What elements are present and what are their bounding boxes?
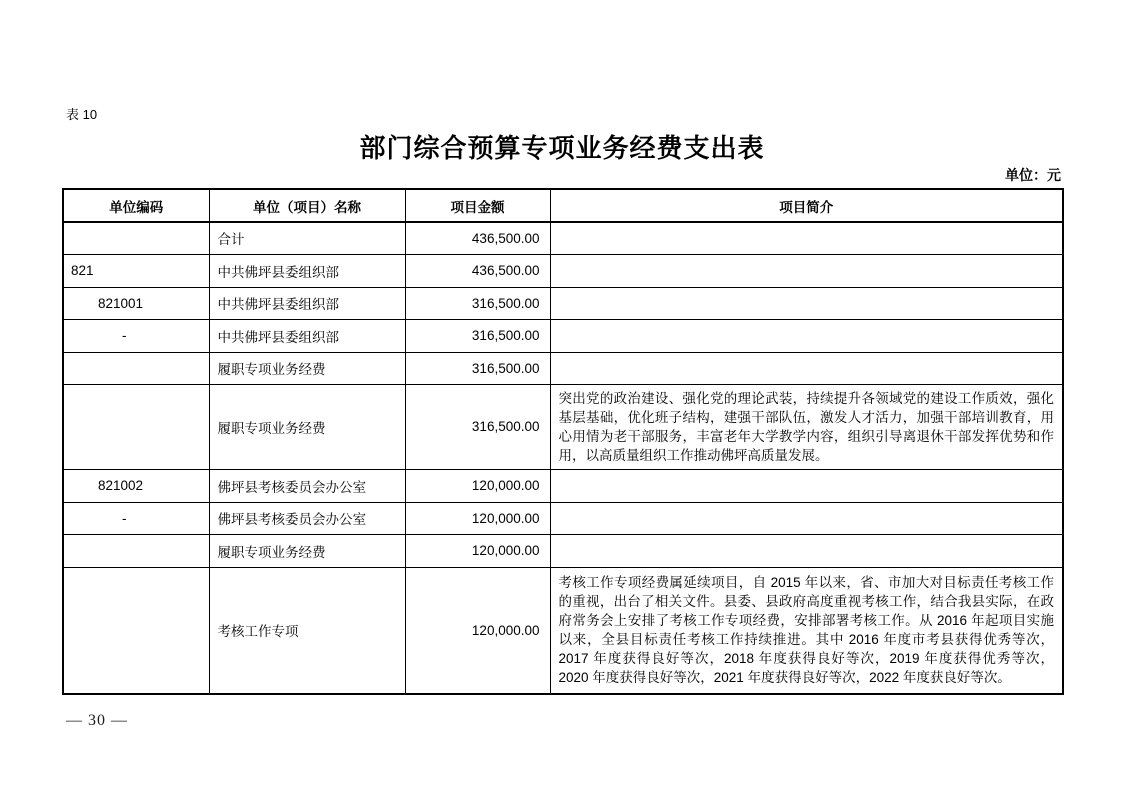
table-row: 合计 436,500.00 bbox=[63, 222, 1063, 254]
amount-cell: 120,000.00 bbox=[405, 534, 550, 567]
description-cell bbox=[550, 254, 1063, 287]
unit-code-cell bbox=[63, 567, 209, 694]
description-cell bbox=[550, 222, 1063, 254]
amount-cell: 120,000.00 bbox=[405, 469, 550, 502]
unit-name-cell: 合计 bbox=[209, 222, 405, 254]
header-amount: 项目金额 bbox=[405, 189, 550, 222]
unit-name-cell: 佛坪县考核委员会办公室 bbox=[209, 502, 405, 534]
unit-code-cell: - bbox=[63, 502, 209, 534]
description-cell: 考核工作专项经费属延续项目，自 2015 年以来，省、市加大对目标责任考核工作的… bbox=[550, 567, 1063, 694]
unit-code-cell: 821 bbox=[63, 254, 209, 287]
amount-cell: 436,500.00 bbox=[405, 222, 550, 254]
currency-unit-label: 单位：元 bbox=[1005, 167, 1061, 183]
description-cell: 突出党的政治建设、强化党的理论武装，持续提升各领域党的建设工作质效，强化基层基础… bbox=[550, 384, 1063, 469]
page-number: — 30 — bbox=[66, 712, 128, 730]
description-cell bbox=[550, 319, 1063, 352]
unit-name-cell: 中共佛坪县委组织部 bbox=[209, 319, 405, 352]
unit-code-cell bbox=[63, 384, 209, 469]
amount-cell: 436,500.00 bbox=[405, 254, 550, 287]
table-row: 821002 佛坪县考核委员会办公室 120,000.00 bbox=[63, 469, 1063, 502]
unit-code-cell bbox=[63, 222, 209, 254]
unit-name-cell: 佛坪县考核委员会办公室 bbox=[209, 469, 405, 502]
description-cell bbox=[550, 534, 1063, 567]
unit-name-cell: 履职专项业务经费 bbox=[209, 352, 405, 384]
unit-name-cell: 中共佛坪县委组织部 bbox=[209, 254, 405, 287]
amount-cell: 316,500.00 bbox=[405, 384, 550, 469]
description-cell bbox=[550, 352, 1063, 384]
amount-cell: 316,500.00 bbox=[405, 287, 550, 319]
amount-cell: 120,000.00 bbox=[405, 567, 550, 694]
description-cell bbox=[550, 469, 1063, 502]
header-unit-code: 单位编码 bbox=[63, 189, 209, 222]
table-row: 821 中共佛坪县委组织部 436,500.00 bbox=[63, 254, 1063, 287]
document-page: 表 10 部门综合预算专项业务经费支出表 单位：元 单位编码 单位（项目）名称 … bbox=[0, 0, 1121, 792]
table-header-row: 单位编码 单位（项目）名称 项目金额 项目简介 bbox=[63, 189, 1063, 222]
header-unit-name: 单位（项目）名称 bbox=[209, 189, 405, 222]
table-row: - 佛坪县考核委员会办公室 120,000.00 bbox=[63, 502, 1063, 534]
unit-label-container: 单位：元 bbox=[62, 165, 1061, 185]
budget-table: 单位编码 单位（项目）名称 项目金额 项目简介 合计 436,500.00 82… bbox=[62, 188, 1064, 695]
table-row: 821001 中共佛坪县委组织部 316,500.00 bbox=[63, 287, 1063, 319]
unit-name-cell: 履职专项业务经费 bbox=[209, 534, 405, 567]
header-description: 项目简介 bbox=[550, 189, 1063, 222]
unit-name-cell: 考核工作专项 bbox=[209, 567, 405, 694]
unit-name-cell: 履职专项业务经费 bbox=[209, 384, 405, 469]
unit-code-cell: 821001 bbox=[63, 287, 209, 319]
amount-cell: 120,000.00 bbox=[405, 502, 550, 534]
unit-code-cell: 821002 bbox=[63, 469, 209, 502]
unit-code-cell bbox=[63, 534, 209, 567]
amount-cell: 316,500.00 bbox=[405, 352, 550, 384]
unit-code-cell: - bbox=[63, 319, 209, 352]
unit-name-cell: 中共佛坪县委组织部 bbox=[209, 287, 405, 319]
description-cell bbox=[550, 287, 1063, 319]
table-row: 履职专项业务经费 120,000.00 bbox=[63, 534, 1063, 567]
table-number-label: 表 10 bbox=[66, 104, 97, 123]
title-container: 部门综合预算专项业务经费支出表 bbox=[62, 128, 1062, 165]
table-row: 履职专项业务经费 316,500.00 bbox=[63, 352, 1063, 384]
unit-code-cell bbox=[63, 352, 209, 384]
table-row: 履职专项业务经费 316,500.00 突出党的政治建设、强化党的理论武装，持续… bbox=[63, 384, 1063, 469]
table-row: - 中共佛坪县委组织部 316,500.00 bbox=[63, 319, 1063, 352]
description-cell bbox=[550, 502, 1063, 534]
page-title: 部门综合预算专项业务经费支出表 bbox=[359, 133, 764, 163]
amount-cell: 316,500.00 bbox=[405, 319, 550, 352]
table-row: 考核工作专项 120,000.00 考核工作专项经费属延续项目，自 2015 年… bbox=[63, 567, 1063, 694]
